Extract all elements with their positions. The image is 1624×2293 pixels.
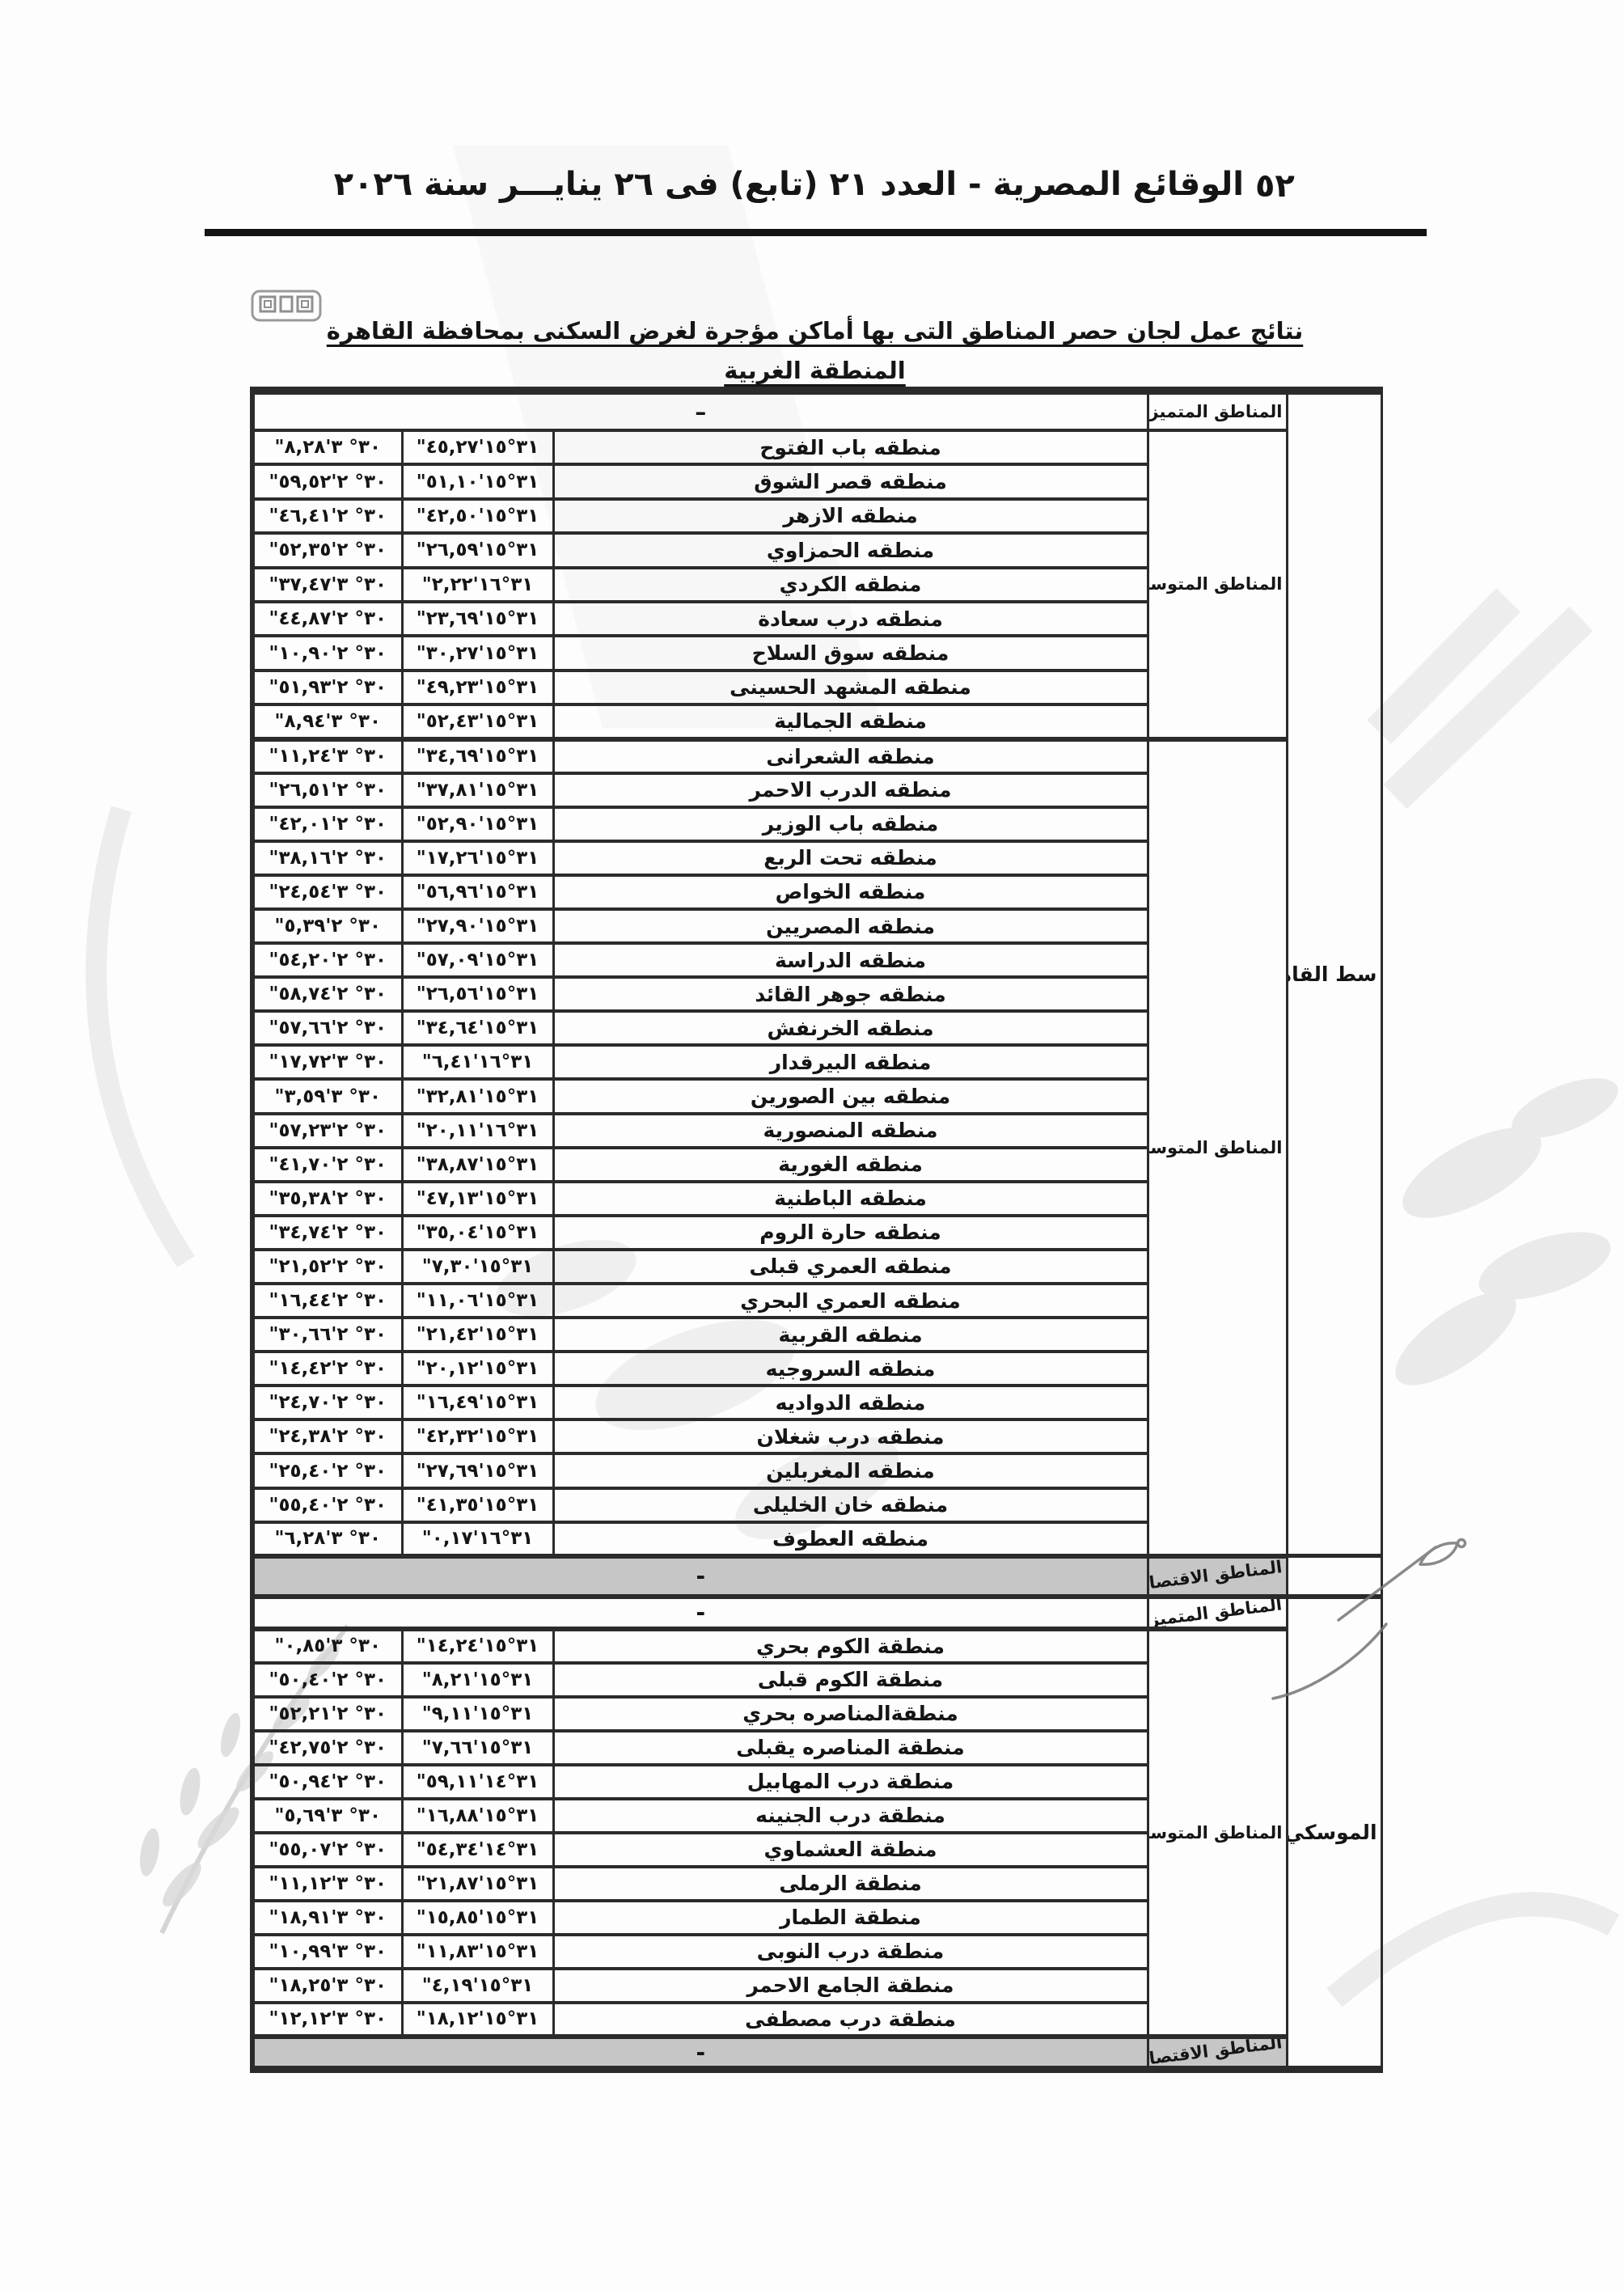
district-name-cell: منطقه درب سعادة <box>553 602 1148 636</box>
longitude-cell: "٣٥,٠٤'١٥°٣١ <box>402 1216 553 1250</box>
dash-value-cell: – <box>252 391 1148 430</box>
longitude-cell: "٤,١٩'١٥°٣١ <box>402 1969 553 2003</box>
latitude-cell: "١٢,١٢'٣ °٣٠ <box>252 2003 402 2037</box>
region-cell: الموسكي <box>1287 1597 1381 2070</box>
latitude-cell: "٨,٢٨'٣ °٣٠ <box>252 430 402 464</box>
category-summary-row: سط القاهرةالمناطق المتميزة– <box>252 391 1381 430</box>
latitude-cell: "١٠,٩٩'٣ °٣٠ <box>252 1935 402 1969</box>
longitude-cell: "٥٦,٩٦'١٥°٣١ <box>402 875 553 909</box>
latitude-cell: "٣٤,٧٤'٢ °٣٠ <box>252 1216 402 1250</box>
longitude-cell: "١٦,٤٩'١٥°٣١ <box>402 1386 553 1419</box>
latitude-cell: "٥٠,٩٤'٢ °٣٠ <box>252 1765 402 1799</box>
district-name-cell: منطقة الكوم بحري <box>553 1629 1148 1663</box>
longitude-cell: "٢٦,٥٦'١٥°٣١ <box>402 977 553 1011</box>
category-summary-row: الموسكيالمناطق المتميزة- <box>252 1597 1381 1629</box>
district-name-cell: منطقه تحت الربع <box>553 841 1148 875</box>
district-name-cell: منطقه الازهر <box>553 499 1148 533</box>
district-name-cell: منطقه الدرب الاحمر <box>553 773 1148 807</box>
district-row: المناطق المتوسطةمنطقة الكوم بحري"١٤,٢٤'١… <box>252 1629 1381 1663</box>
longitude-cell: "٢٠,١٢'١٥°٣١ <box>402 1352 553 1386</box>
district-name-cell: منطقه باب الفتوح <box>553 430 1148 464</box>
district-name-cell: منطقه الخواص <box>553 875 1148 909</box>
district-name-cell: منطقه الغورية <box>553 1148 1148 1182</box>
district-name-cell: منطقه الدراسة <box>553 943 1148 977</box>
district-name-cell: منطقة درب مصطفى <box>553 2003 1148 2037</box>
longitude-cell: "٢,٢٢'١٦°٣١ <box>402 568 553 602</box>
latitude-cell: "٥٤,٢٠'٢ °٣٠ <box>252 943 402 977</box>
longitude-cell: "١١,٨٣'١٥°٣١ <box>402 1935 553 1969</box>
category-cell: المناطق المتميزة <box>1148 391 1287 430</box>
dash-value-cell: - <box>252 2037 1148 2070</box>
district-name-cell: منطقة الجامع الاحمر <box>553 1969 1148 2003</box>
longitude-cell: "٤٢,٣٢'١٥°٣١ <box>402 1419 553 1453</box>
header-rule <box>205 229 1427 236</box>
latitude-cell: "٠,٨٥'٣ °٣٠ <box>252 1629 402 1663</box>
district-name-cell: منطقه العمري قبلى <box>553 1250 1148 1284</box>
district-name-cell: منطقه سوق السلاح <box>553 636 1148 670</box>
latitude-cell: "١٧,٧٢'٣ °٣٠ <box>252 1045 402 1079</box>
watermark-chevron <box>1379 600 1581 797</box>
latitude-cell: "٥٥,٠٧'٢ °٣٠ <box>252 1833 402 1867</box>
district-name-cell: منطقه العطوف <box>553 1522 1148 1556</box>
district-name-cell: منطقه العمري البحري <box>553 1284 1148 1318</box>
category-cell: المناطق المتوسطة <box>1148 739 1287 1556</box>
longitude-cell: "٢٣,٦٩'١٥°٣١ <box>402 602 553 636</box>
gazette-header-title: الوقائع المصرية - العدد ٢١ (تابع) فى ٢٦ … <box>380 166 1244 203</box>
dash-value-cell: - <box>252 1597 1148 1629</box>
page-number: ٥٢ <box>1255 167 1295 205</box>
longitude-cell: "٩,١١'١٥°٣١ <box>402 1697 553 1731</box>
gazette-page: الوقائع المصرية - العدد ٢١ (تابع) فى ٢٦ … <box>0 0 1624 2293</box>
latitude-cell: "٣٧,٤٧'٣ °٣٠ <box>252 568 402 602</box>
watermark-arc-left <box>96 809 186 1262</box>
district-name-cell: منطقه الدواديه <box>553 1386 1148 1419</box>
latitude-cell: "١١,٢٤'٣ °٣٠ <box>252 739 402 773</box>
district-name-cell: منطقة المناصره يقبلى <box>553 1731 1148 1765</box>
category-cell: المناطق المتميزة <box>1148 1597 1287 1629</box>
longitude-cell: "٧,٦٦'١٥°٣١ <box>402 1731 553 1765</box>
category-cell: المناطق الاقتصادية <box>1148 2037 1287 2070</box>
district-name-cell: منطقه خان الخليلى <box>553 1488 1148 1522</box>
longitude-cell: "٤٧,١٣'١٥°٣١ <box>402 1182 553 1216</box>
category-summary-row: المناطق الاقتصادية- <box>252 1556 1381 1597</box>
watermark-petals <box>1381 1066 1624 1402</box>
latitude-cell: "٨,٩٤'٣ °٣٠ <box>252 704 402 738</box>
longitude-cell: "٥٢,٤٣'١٥°٣١ <box>402 704 553 738</box>
latitude-cell: "٥٠,٤٠'٢ °٣٠ <box>252 1663 402 1697</box>
longitude-cell: "٥١,١٠'١٥°٣١ <box>402 464 553 498</box>
district-name-cell: منطقه باب الوزير <box>553 807 1148 841</box>
district-name-cell: منطقة الرملى <box>553 1867 1148 1901</box>
region-cell: سط القاهرة <box>1287 391 1381 1556</box>
district-name-cell: منطقه جوهر القائد <box>553 977 1148 1011</box>
latitude-cell: "٢٤,٥٤'٣ °٣٠ <box>252 875 402 909</box>
district-name-cell: منطقه حارة الروم <box>553 1216 1148 1250</box>
document-title: نتائج عمل لجان حصر المناطق التى بها أماك… <box>251 317 1379 345</box>
district-name-cell: منطقة درب الجنينه <box>553 1799 1148 1833</box>
district-name-cell: منطقة درب النوبى <box>553 1935 1148 1969</box>
district-name-cell: منطقه القربية <box>553 1318 1148 1352</box>
category-summary-row: المناطق الاقتصادية- <box>252 2037 1381 2070</box>
latitude-cell: "١٨,٩١'٣ °٣٠ <box>252 1901 402 1935</box>
district-name-cell: منطقه قصر الشوق <box>553 464 1148 498</box>
longitude-cell: "٢٠,١١'١٦°٣١ <box>402 1114 553 1148</box>
longitude-cell: "٤٥,٢٧'١٥°٣١ <box>402 430 553 464</box>
district-name-cell: منطقه الحمزاوي <box>553 533 1148 567</box>
district-name-cell: منطقه الشعرانى <box>553 739 1148 773</box>
longitude-cell: "٥٧,٠٩'١٥°٣١ <box>402 943 553 977</box>
district-name-cell: منطقه درب شغلان <box>553 1419 1148 1453</box>
longitude-cell: "١٨,١٢'١٥°٣١ <box>402 2003 553 2037</box>
district-name-cell: منطقة الكوم قبلى <box>553 1663 1148 1697</box>
longitude-cell: "٣٤,٦٤'١٥°٣١ <box>402 1011 553 1045</box>
district-name-cell: منطقه المشهد الحسينى <box>553 671 1148 704</box>
longitude-cell: "٨,٢١'١٥°٣١ <box>402 1663 553 1697</box>
district-name-cell: منطقه الكردي <box>553 568 1148 602</box>
latitude-cell: "٤٢,٧٥'٢ °٣٠ <box>252 1731 402 1765</box>
latitude-cell: "٥,٦٩'٣ °٣٠ <box>252 1799 402 1833</box>
district-name-cell: منطقة العشماوي <box>553 1833 1148 1867</box>
latitude-cell: "٥٧,٢٣'٢ °٣٠ <box>252 1114 402 1148</box>
longitude-cell: "١٤,٢٤'١٥°٣١ <box>402 1629 553 1663</box>
district-name-cell: منطقه السروجيه <box>553 1352 1148 1386</box>
district-name-cell: منطقة الطمار <box>553 1901 1148 1935</box>
latitude-cell: "١٠,٩٠'٢ °٣٠ <box>252 636 402 670</box>
latitude-cell: "٤٦,٤١'٢ °٣٠ <box>252 499 402 533</box>
dash-value-cell: - <box>252 1556 1148 1597</box>
longitude-cell: "١٦,٨٨'١٥°٣١ <box>402 1799 553 1833</box>
longitude-cell: "٣٢,٨١'١٥°٣١ <box>402 1079 553 1113</box>
district-name-cell: منطقه بين الصورين <box>553 1079 1148 1113</box>
district-row: المناطق المتوسطةمنطقه الشعرانى"٣٤,٦٩'١٥°… <box>252 739 1381 773</box>
district-name-cell: منطقه المنصورية <box>553 1114 1148 1148</box>
latitude-cell: "٥,٣٩'٢ °٣٠ <box>252 909 402 943</box>
districts-table-wrapper: سط القاهرةالمناطق المتميزة–المناطق المتو… <box>250 387 1383 2073</box>
longitude-cell: "٣٤,٦٩'١٥°٣١ <box>402 739 553 773</box>
longitude-cell: "٢٧,٩٠'١٥°٣١ <box>402 909 553 943</box>
longitude-cell: "٧,٣٠'١٥°٣١ <box>402 1250 553 1284</box>
latitude-cell: "٥٢,٣٥'٢ °٣٠ <box>252 533 402 567</box>
district-name-cell: منطقه الجمالية <box>553 704 1148 738</box>
district-name-cell: منطقه المغربلين <box>553 1453 1148 1487</box>
latitude-cell: "٥١,٩٣'٢ °٣٠ <box>252 671 402 704</box>
district-name-cell: منطقةالمناصره بحري <box>553 1697 1148 1731</box>
document-subtitle: المنطقة الغربية <box>251 357 1379 384</box>
longitude-cell: "٤١,٣٥'١٥°٣١ <box>402 1488 553 1522</box>
district-row: المناطق المتوسطةمنطقه باب الفتوح"٤٥,٢٧'١… <box>252 430 1381 464</box>
latitude-cell: "٥٢,٢١'٢ °٣٠ <box>252 1697 402 1731</box>
category-cell: المناطق الاقتصادية <box>1148 1556 1287 1597</box>
latitude-cell: "٥٨,٧٤'٢ °٣٠ <box>252 977 402 1011</box>
latitude-cell: "٤١,٧٠'٢ °٣٠ <box>252 1148 402 1182</box>
longitude-cell: "٥٢,٩٠'١٥°٣١ <box>402 807 553 841</box>
latitude-cell: "١١,١٢'٣ °٣٠ <box>252 1867 402 1901</box>
latitude-cell: "٣٥,٣٨'٢ °٣٠ <box>252 1182 402 1216</box>
district-name-cell: منطقه الباطنية <box>553 1182 1148 1216</box>
longitude-cell: "٢١,٨٧'١٥°٣١ <box>402 1867 553 1901</box>
longitude-cell: "١٧,٢٦'١٥°٣١ <box>402 841 553 875</box>
longitude-cell: "٣٠,٢٧'١٥°٣١ <box>402 636 553 670</box>
longitude-cell: "٤٩,٢٣'١٥°٣١ <box>402 671 553 704</box>
longitude-cell: "٣٧,٨١'١٥°٣١ <box>402 773 553 807</box>
latitude-cell: "١٦,٤٤'٢ °٣٠ <box>252 1284 402 1318</box>
longitude-cell: "٥٤,٣٤'١٤°٣١ <box>402 1833 553 1867</box>
longitude-cell: "٢١,٤٢'١٥°٣١ <box>402 1318 553 1352</box>
latitude-cell: "٥٥,٤٠'٢ °٣٠ <box>252 1488 402 1522</box>
latitude-cell: "٤٤,٨٧'٢ °٣٠ <box>252 602 402 636</box>
latitude-cell: "٢١,٥٢'٢ °٣٠ <box>252 1250 402 1284</box>
latitude-cell: "٣٠,٦٦'٢ °٣٠ <box>252 1318 402 1352</box>
longitude-cell: "١٥,٨٥'١٥°٣١ <box>402 1901 553 1935</box>
latitude-cell: "٤٢,٠١'٢ °٣٠ <box>252 807 402 841</box>
longitude-cell: "٠,١٧'١٦°٣١ <box>402 1522 553 1556</box>
district-name-cell: منطقه الخرنفش <box>553 1011 1148 1045</box>
longitude-cell: "٦,٤١'١٦°٣١ <box>402 1045 553 1079</box>
longitude-cell: "٢٧,٦٩'١٥°٣١ <box>402 1453 553 1487</box>
latitude-cell: "٢٤,٣٨'٢ °٣٠ <box>252 1419 402 1453</box>
latitude-cell: "٢٦,٥١'٢ °٣٠ <box>252 773 402 807</box>
latitude-cell: "٣,٥٩'٣ °٣٠ <box>252 1079 402 1113</box>
district-name-cell: منطقة درب المهابيل <box>553 1765 1148 1799</box>
longitude-cell: "٢٦,٥٩'١٥°٣١ <box>402 533 553 567</box>
district-name-cell: منطقه المصريين <box>553 909 1148 943</box>
latitude-cell: "١٤,٤٢'٢ °٣٠ <box>252 1352 402 1386</box>
latitude-cell: "٢٥,٤٠'٢ °٣٠ <box>252 1453 402 1487</box>
longitude-cell: "١١,٠٦'١٥°٣١ <box>402 1284 553 1318</box>
category-cell: المناطق المتوسطة <box>1148 430 1287 739</box>
latitude-cell: "٢٤,٧٠'٢ °٣٠ <box>252 1386 402 1419</box>
latitude-cell: "٣٨,١٦'٢ °٣٠ <box>252 841 402 875</box>
districts-table: سط القاهرةالمناطق المتميزة–المناطق المتو… <box>250 387 1383 2073</box>
latitude-cell: "٥٩,٥٢'٢ °٣٠ <box>252 464 402 498</box>
longitude-cell: "٣٨,٨٧'١٥°٣١ <box>402 1148 553 1182</box>
district-name-cell: منطقه البيرقدار <box>553 1045 1148 1079</box>
latitude-cell: "٦,٢٨'٣ °٣٠ <box>252 1522 402 1556</box>
longitude-cell: "٥٩,١١'١٤°٣١ <box>402 1765 553 1799</box>
category-cell: المناطق المتوسطة <box>1148 1629 1287 2037</box>
latitude-cell: "٥٧,٦٦'٢ °٣٠ <box>252 1011 402 1045</box>
latitude-cell: "١٨,٢٥'٣ °٣٠ <box>252 1969 402 2003</box>
longitude-cell: "٤٢,٥٠'١٥°٣١ <box>402 499 553 533</box>
region-cell-empty <box>1287 1556 1381 1597</box>
